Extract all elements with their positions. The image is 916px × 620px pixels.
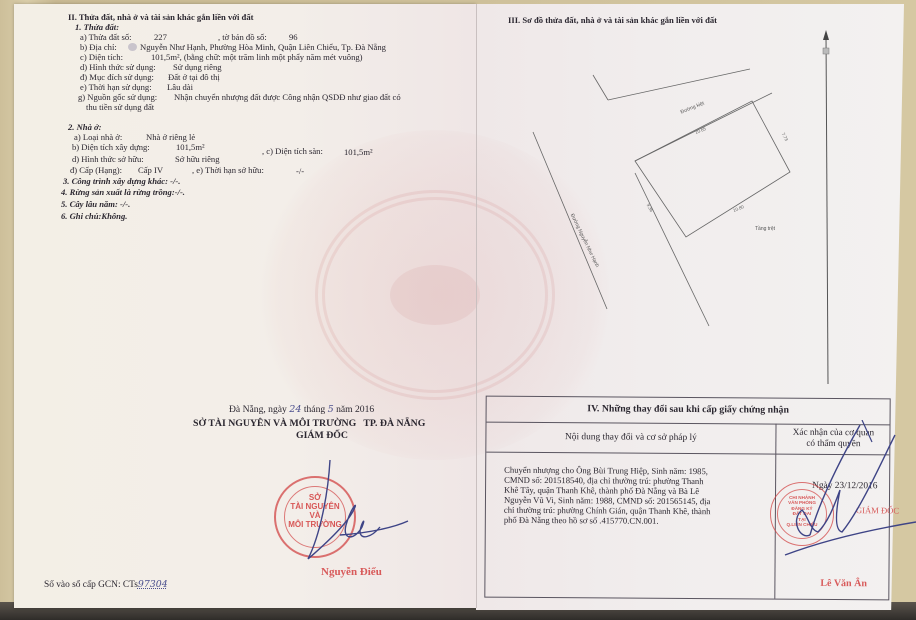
grade-label: đ) Cấp (Hạng): [70, 165, 122, 175]
built-area-label: b) Diện tích xây dựng: [72, 142, 150, 152]
production-forest: 4. Rừng sản xuất là rừng trồng:-/-. [61, 187, 185, 197]
parcel-heading: 1. Thửa đất: [75, 22, 119, 32]
ownership-label: d) Hình thức sở hữu: [72, 154, 144, 164]
perennial-trees: 5. Cây lâu năm: -/-. [61, 199, 130, 209]
redaction-dot [128, 43, 137, 51]
house-type: Nhà ở riêng lẻ [146, 132, 195, 142]
registry-number: Số vào sổ cấp GCN: CTs97304 [44, 580, 168, 590]
house-type-label: a) Loại nhà ở: [74, 132, 122, 142]
area-label: c) Diện tích: [80, 52, 123, 62]
note: 6. Ghi chú:Không. [61, 211, 127, 221]
change-content: Chuyển nhượng cho Ông Bùi Trung Hiệp, Si… [504, 465, 711, 526]
grade: Cấp IV [138, 165, 163, 175]
origin-line-1: Nhận chuyển nhượng đất được Công nhận QS… [174, 92, 401, 102]
handwritten-day: 24 [289, 404, 301, 415]
use-form-label: d) Hình thức sử dụng: [80, 62, 156, 72]
purpose: Đất ở tại đô thị [168, 72, 220, 82]
area: 101,5m², (bằng chữ: một trăm linh một ph… [151, 52, 363, 62]
parcel-no-label: a) Thửa đất số: [80, 32, 132, 42]
term: Lâu dài [167, 82, 193, 92]
other-works: 3. Công trình xây dựng khác: -/-. [63, 176, 180, 186]
built-area: 101,5m² [176, 142, 205, 152]
place-date: Đà Nẵng, ngày 24 tháng 5 năm 2016 [229, 405, 374, 415]
map-sheet-label: , tờ bản đồ số: [218, 32, 267, 42]
col-header-content: Nội dung thay đổi và cơ sở pháp lý [486, 432, 775, 444]
house-heading: 2. Nhà ở: [68, 122, 102, 132]
north-arrow-icon [823, 30, 829, 384]
own-term-label: , e) Thời hạn sở hữu: [192, 165, 264, 175]
signer-name-left: Nguyễn Điểu [321, 567, 382, 577]
parcel-diagram [476, 4, 904, 384]
parcel-no: 227 [154, 32, 167, 42]
address: Nguyễn Như Hạnh, Phường Hòa Minh, Quận L… [140, 42, 386, 52]
signature-scribble-left [300, 455, 410, 565]
term-label: e) Thời hạn sử dụng: [80, 82, 152, 92]
section-4-title: IV. Những thay đổi sau khi cấp giấy chứn… [487, 404, 890, 417]
floor-area: 101,5m² [344, 147, 373, 157]
purpose-label: đ) Mục đích sử dụng: [80, 72, 154, 82]
floor-area-label: , c) Diện tích sàn: [262, 146, 323, 156]
address-label: b) Địa chỉ: [80, 42, 117, 52]
ownership: Sở hữu riêng [175, 154, 220, 164]
section-2-title: II. Thửa đất, nhà ở và tài sản khác gắn … [68, 12, 253, 22]
own-term: -/- [296, 166, 304, 176]
handwritten-month: 5 [328, 404, 334, 415]
signer-position: GIÁM ĐỐC [296, 431, 348, 441]
use-form: Sử dụng riêng [173, 62, 222, 72]
confirm-signer: Lê Văn Ân [820, 579, 867, 589]
origin-label: g) Nguồn gốc sử dụng: [78, 92, 157, 102]
issuing-agency: SỞ TÀI NGUYÊN VÀ MÔI TRƯỜNG TP. ĐÀ NẴNG [193, 419, 425, 429]
origin-line-2: thu tiền sử dụng đất [86, 102, 154, 112]
signature-scribble-right [780, 420, 916, 560]
map-sheet: 96 [289, 32, 298, 42]
label-floor: Tầng trệt [755, 224, 775, 234]
